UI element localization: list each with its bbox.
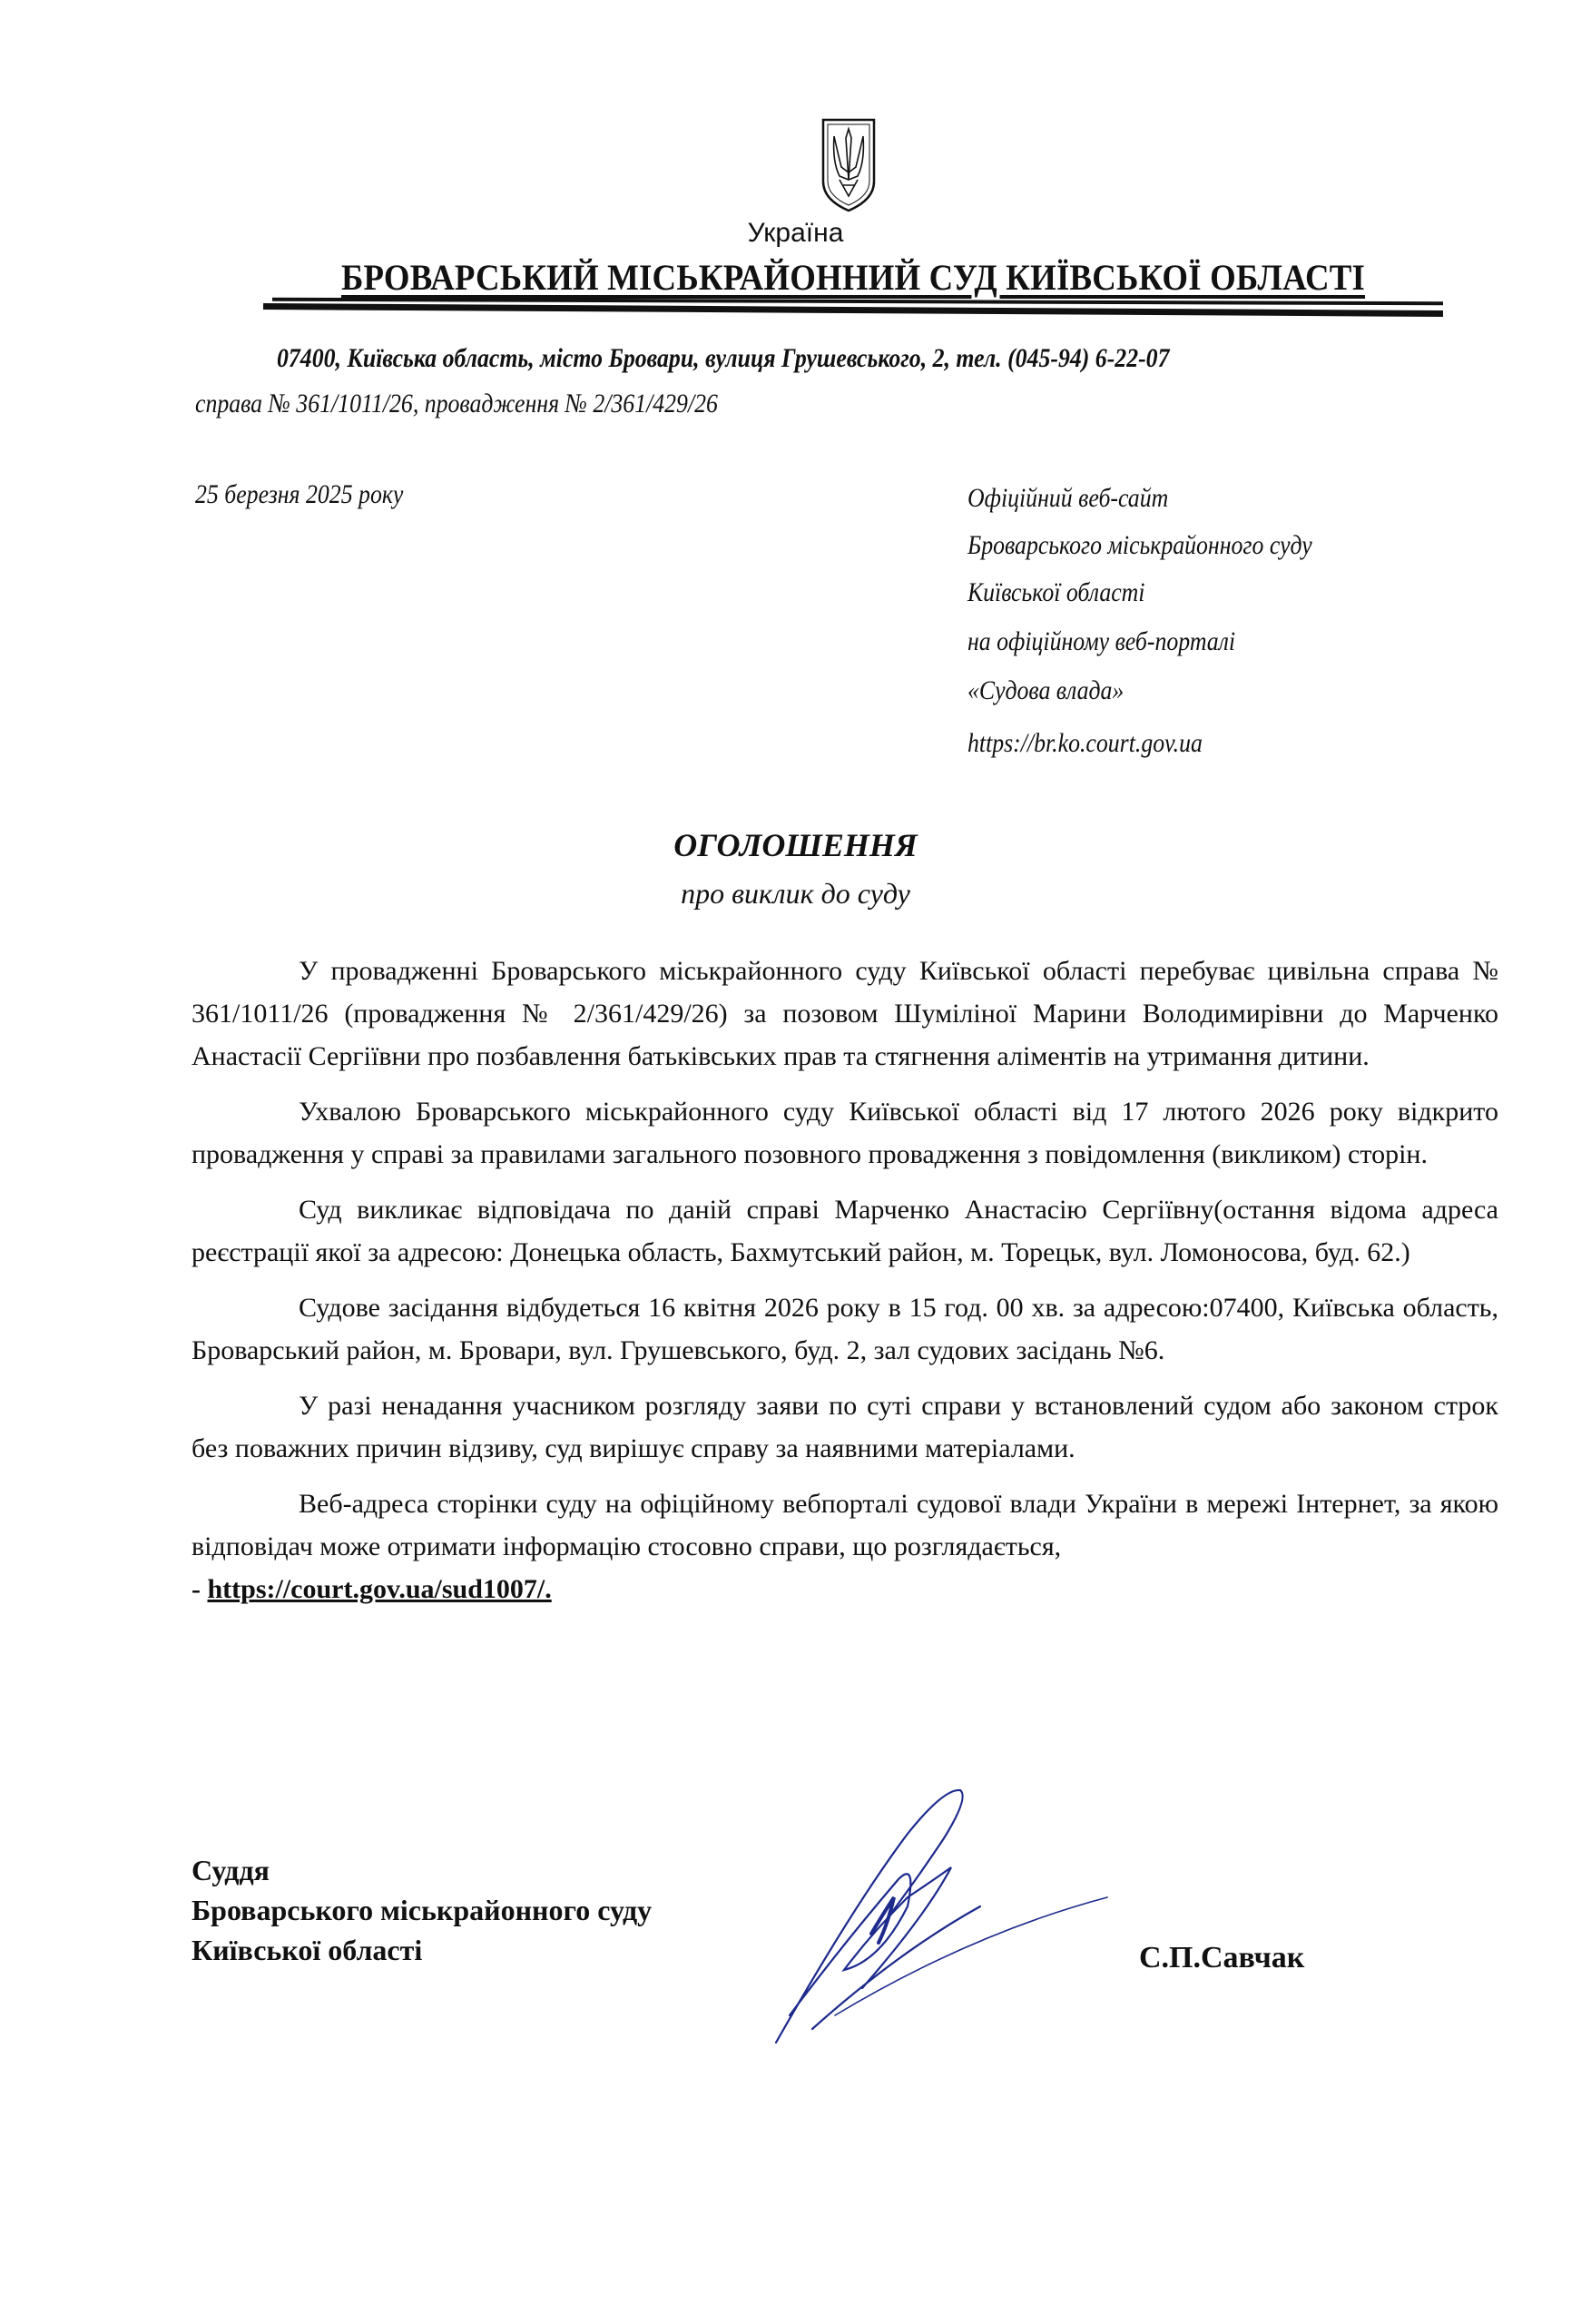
- body-paragraph: Судове засідання відбудеться 16 квітня 2…: [192, 1286, 1498, 1372]
- recipient-line: на офіційному веб-порталі: [967, 626, 1235, 657]
- body-paragraph: У провадженні Броварського міськрайонног…: [192, 950, 1498, 1078]
- position-line: Броварського міськрайонного суду: [192, 1890, 652, 1930]
- recipient-line: Київської області: [967, 577, 1144, 608]
- court-page-link[interactable]: https://court.gov.ua/sud1007/.: [208, 1574, 552, 1604]
- court-address: 07400, Київська область, місто Бровари, …: [277, 343, 1169, 374]
- court-name-heading: БРОВАРСЬКИЙ МІСЬКРАЙОННИЙ СУД КИЇВСЬКОЇ …: [319, 256, 1388, 299]
- recipient-line: «Судова влада»: [967, 675, 1124, 706]
- position-line: Суддя: [192, 1850, 652, 1890]
- notice-subtitle: про виклик до суду: [0, 877, 1591, 911]
- country-name: Україна: [0, 218, 1591, 249]
- judge-position: Суддя Броварського міськрайонного суду К…: [192, 1850, 652, 1970]
- judge-name: С.П.Савчак: [1139, 1941, 1304, 1975]
- court-link-line: - https://court.gov.ua/sud1007/.: [192, 1568, 1498, 1610]
- position-line: Київської області: [192, 1930, 652, 1970]
- recipient-line: Офіційний веб-сайт: [967, 483, 1168, 514]
- header-divider-thick: [263, 303, 1443, 317]
- body-paragraph: У разі ненадання учасником розгляду заяв…: [192, 1384, 1498, 1470]
- notice-body: У провадженні Броварського міськрайонног…: [192, 950, 1498, 1610]
- coat-of-arms-icon: [820, 116, 878, 214]
- body-paragraph: Суд викликає відповідача по даній справі…: [192, 1188, 1498, 1274]
- recipient-website: https://br.ko.court.gov.ua: [967, 728, 1203, 759]
- link-prefix: -: [192, 1574, 208, 1604]
- document-date: 25 березня 2025 року: [195, 479, 403, 510]
- body-paragraph: Веб-адреса сторінки суду на офіційному в…: [192, 1482, 1498, 1568]
- handwritten-signature-icon: [771, 1752, 1134, 2052]
- recipient-line: Броварського міськрайонного суду: [967, 530, 1312, 561]
- body-paragraph: Ухвалою Броварського міськрайонного суду…: [192, 1090, 1498, 1176]
- case-number-line: справа № 361/1011/26, провадження № 2/36…: [195, 389, 718, 419]
- notice-title: ОГОЛОШЕННЯ: [0, 826, 1591, 864]
